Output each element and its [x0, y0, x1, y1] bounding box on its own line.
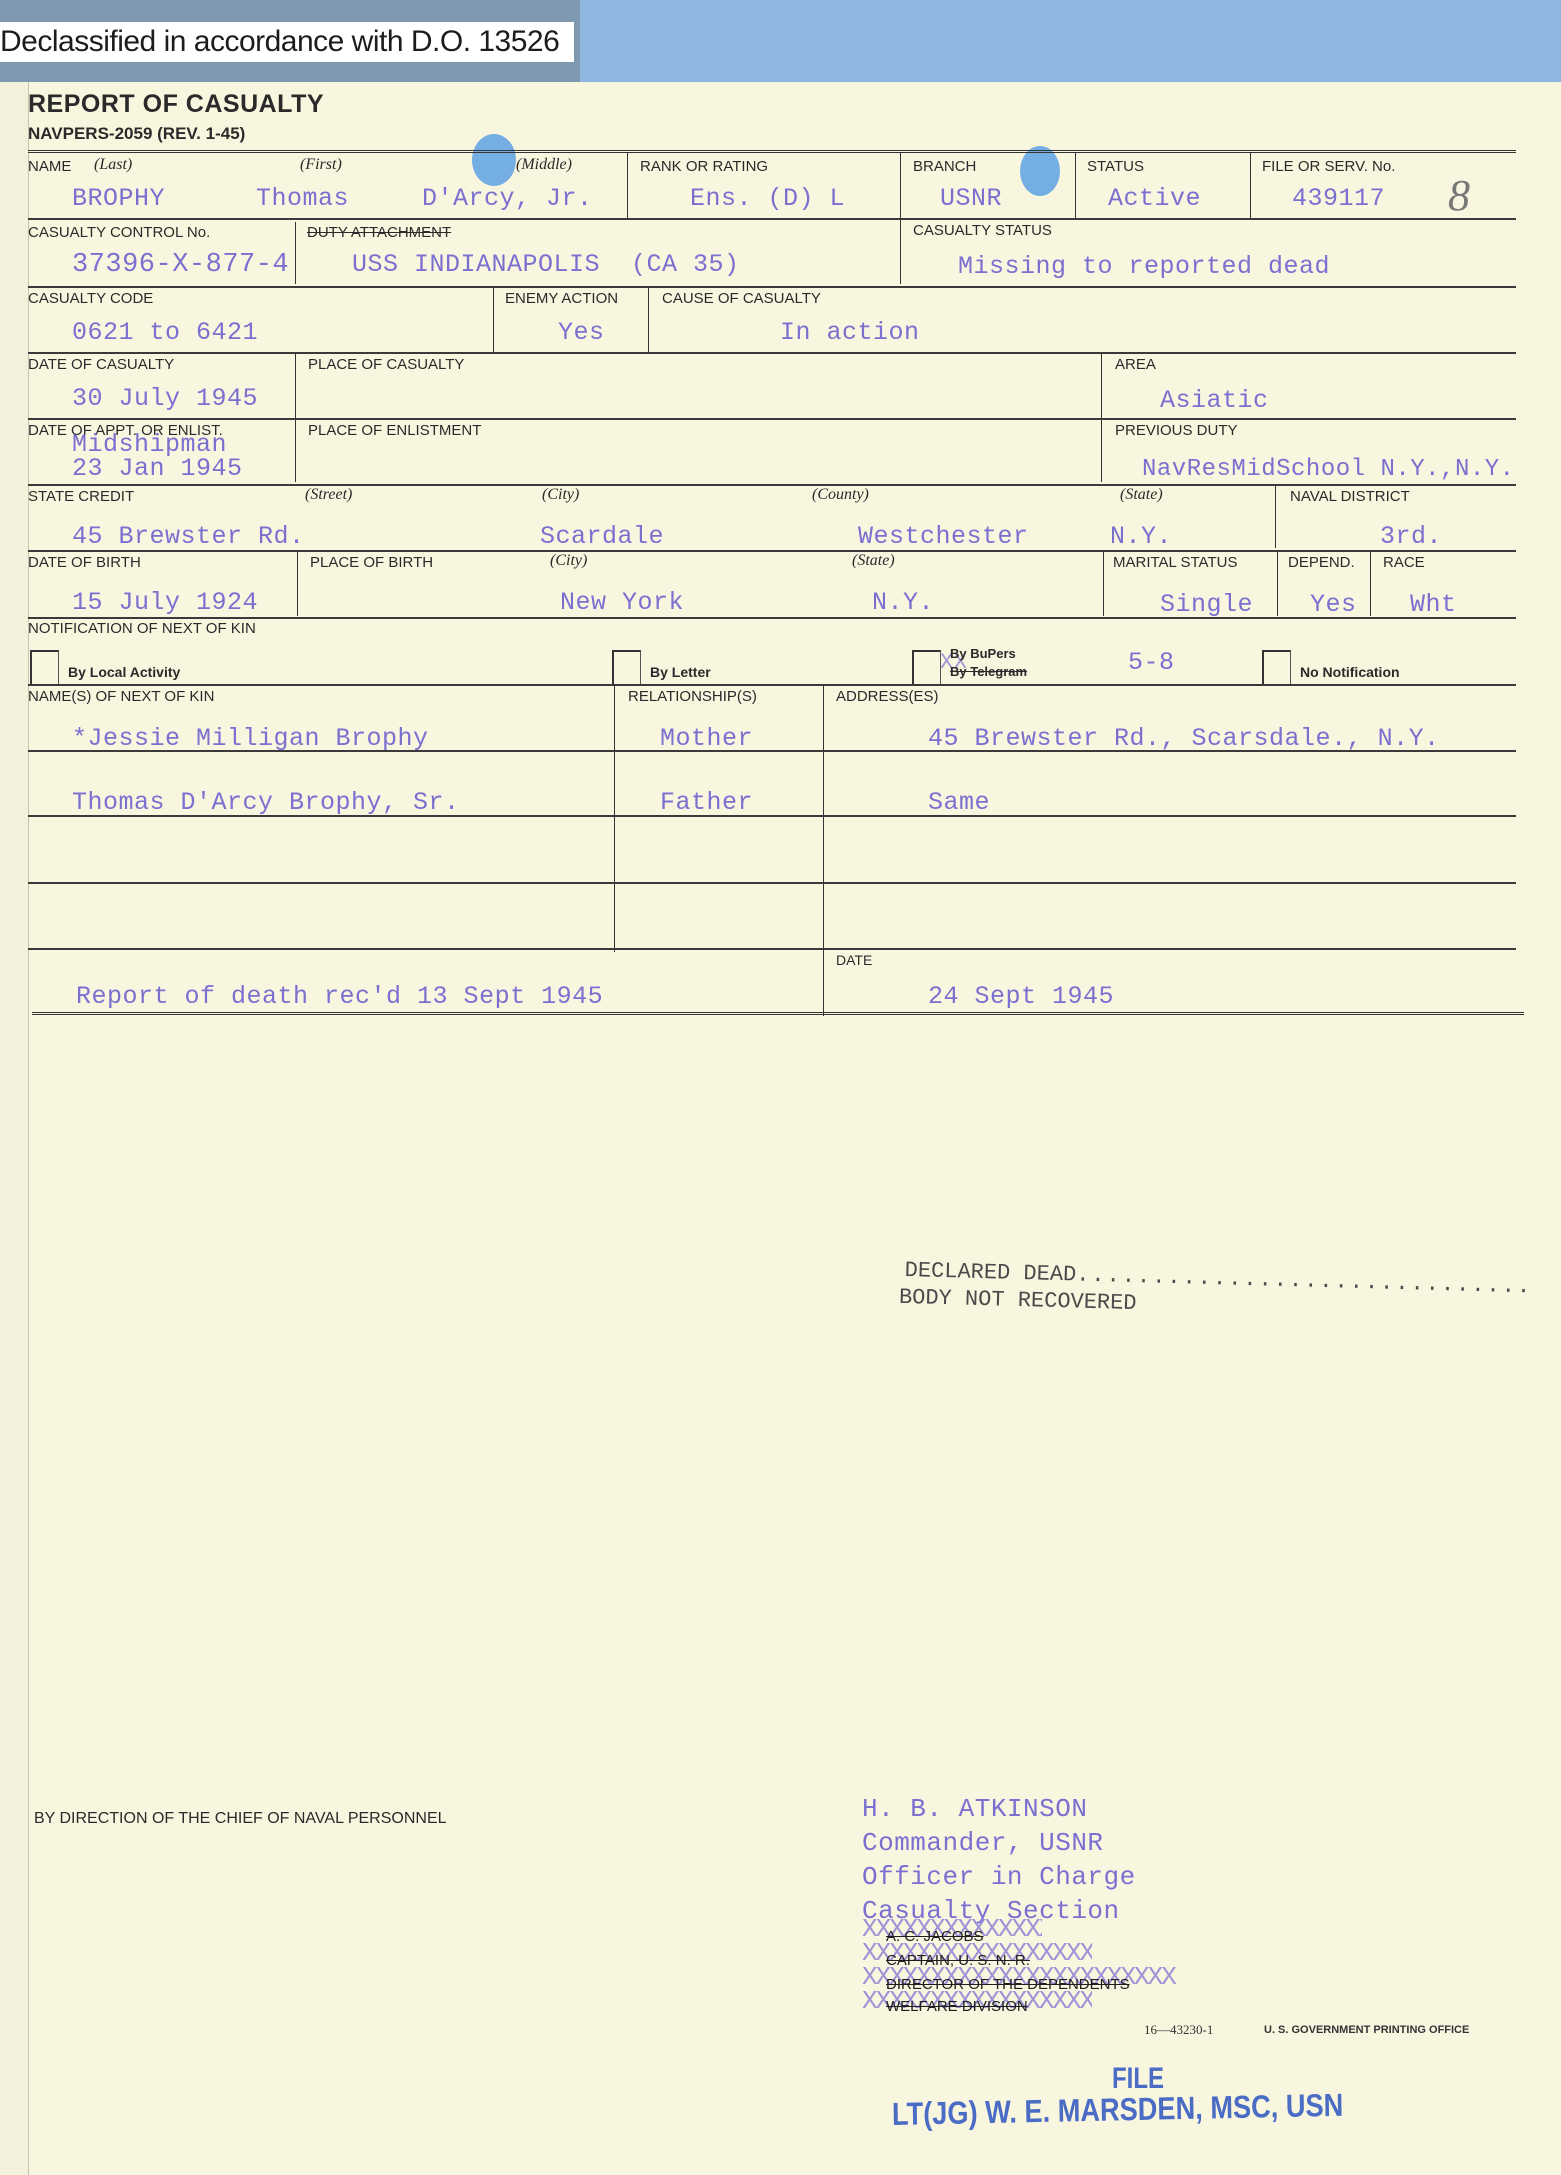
- nok-name: Thomas D'Arcy Brophy, Sr.: [72, 788, 460, 817]
- struck-signature-line: A. C. JACOBS: [886, 1928, 984, 1945]
- label-status: STATUS: [1087, 158, 1144, 175]
- form-title: REPORT OF CASUALTY: [28, 90, 324, 119]
- value-file-no: 439117: [1292, 184, 1385, 213]
- form-number: NAVPERS-2059 (REV. 1-45): [28, 124, 245, 144]
- label-rank: RANK OR RATING: [640, 158, 768, 175]
- value-date-casualty: 30 July 1945: [72, 384, 258, 413]
- divider: [295, 354, 296, 418]
- label-addresses: ADDRESS(ES): [836, 688, 939, 705]
- value-previous-duty: NavResMidSchool N.Y.,N.Y.: [1142, 456, 1515, 483]
- punch-hole-left: [472, 134, 516, 186]
- divider: [900, 152, 901, 218]
- label-county: (County): [812, 486, 869, 504]
- remarks-note: Report of death rec'd 13 Sept 1945: [76, 982, 603, 1011]
- divider: [900, 218, 901, 284]
- label-birth-city: (City): [550, 552, 587, 570]
- value-naval-district: 3rd.: [1380, 522, 1442, 551]
- signature-line: H. B. ATKINSON: [862, 1794, 1087, 1824]
- printer-name: U. S. GOVERNMENT PRINTING OFFICE: [1264, 2024, 1469, 2036]
- nok-address: 45 Brewster Rd., Scarsdale., N.Y.: [928, 724, 1440, 753]
- label-cause: CAUSE OF CASUALTY: [662, 290, 821, 307]
- rule: [28, 352, 1516, 354]
- label-enemy-action: ENEMY ACTION: [505, 290, 618, 307]
- rule: [28, 150, 1516, 156]
- struck-signature-line: WELFARE DIVISION: [886, 1998, 1028, 2015]
- rule: [28, 218, 1516, 220]
- label-nok-names: NAME(S) OF NEXT OF KIN: [28, 688, 214, 705]
- nok-name: *Jessie Milligan Brophy: [72, 724, 429, 753]
- value-cause: In action: [780, 318, 920, 347]
- value-first-name: Thomas: [256, 184, 349, 213]
- label-branch: BRANCH: [913, 158, 976, 175]
- nok-address: Same: [928, 788, 990, 817]
- rule: [28, 286, 1516, 288]
- value-area: Asiatic: [1160, 386, 1269, 415]
- label-area: AREA: [1115, 356, 1156, 373]
- divider: [823, 684, 824, 1016]
- value-marital: Single: [1160, 590, 1253, 619]
- rule: [28, 948, 1516, 950]
- label-relationships: RELATIONSHIP(S): [628, 688, 757, 705]
- checkbox-no-notification: [1262, 650, 1291, 684]
- signature-line: Officer in Charge: [862, 1862, 1136, 1892]
- rule: [28, 484, 1516, 486]
- divider: [648, 288, 649, 352]
- rule: [28, 418, 1516, 420]
- divider: [295, 420, 296, 482]
- label-by-local: By Local Activity: [68, 664, 180, 680]
- label-notification: NOTIFICATION OF NEXT OF KIN: [28, 620, 256, 637]
- struck-signature-line: CAPTAIN, U. S. N. R.: [886, 1952, 1030, 1969]
- label-race: RACE: [1383, 554, 1425, 571]
- label-by-telegram: By Telegram: [950, 664, 1027, 679]
- value-control-no: 37396-X-877-4: [72, 250, 289, 280]
- declassified-label: Declassified in accordance with D.O. 135…: [0, 22, 574, 62]
- divider: [1277, 552, 1278, 616]
- label-control-no: CASUALTY CONTROL No.: [28, 224, 210, 241]
- pencil-mark: 8: [1448, 170, 1470, 221]
- value-branch: USNR: [940, 184, 1002, 213]
- label-first: (First): [300, 156, 342, 174]
- label-by-bupers: By BuPers: [950, 646, 1016, 661]
- value-birth-city: New York: [560, 588, 684, 617]
- value-notification-code: 5-8: [1128, 648, 1175, 677]
- divider: [614, 684, 615, 952]
- divider: [1370, 552, 1371, 616]
- value-last-name: BROPHY: [72, 184, 165, 213]
- label-marital: MARITAL STATUS: [1113, 554, 1237, 571]
- rule: [28, 617, 1516, 619]
- divider: [1075, 152, 1076, 218]
- value-depend: Yes: [1310, 590, 1357, 619]
- divider: [295, 222, 296, 284]
- label-date-casualty: DATE OF CASUALTY: [28, 356, 174, 373]
- nok-relationship: Mother: [660, 724, 753, 753]
- label-file-no: FILE OR SERV. No.: [1262, 158, 1395, 175]
- rule: [28, 550, 1516, 552]
- rule: [28, 815, 1516, 817]
- label-naval-district: NAVAL DISTRICT: [1290, 488, 1410, 505]
- label-state: (State): [1120, 486, 1163, 504]
- checkbox-local-activity: [30, 650, 59, 684]
- divider: [1250, 152, 1251, 218]
- rule: [28, 750, 1516, 752]
- divider: [1101, 420, 1102, 482]
- value-street: 45 Brewster Rd.: [72, 522, 305, 551]
- label-no-notification: No Notification: [1300, 664, 1400, 680]
- label-depend: DEPEND.: [1288, 554, 1355, 571]
- divider: [627, 152, 628, 218]
- value-state: N.Y.: [1110, 522, 1172, 551]
- value-date-appt: 23 Jan 1945: [72, 454, 243, 483]
- divider: [493, 288, 494, 352]
- label-place-casualty: PLACE OF CASUALTY: [308, 356, 464, 373]
- value-dob: 15 July 1924: [72, 588, 258, 617]
- label-duty: DUTY ATTACHMENT: [307, 224, 451, 241]
- label-casualty-status: CASUALTY STATUS: [913, 222, 1052, 239]
- label-street: (Street): [305, 486, 352, 504]
- value-casualty-status: Missing to reported dead: [958, 252, 1330, 281]
- value-duty: USS INDIANAPOLIS (CA 35): [352, 250, 740, 279]
- label-by-letter: By Letter: [650, 664, 711, 680]
- value-enemy-action: Yes: [558, 318, 605, 347]
- by-direction-text: BY DIRECTION OF THE CHIEF OF NAVAL PERSO…: [34, 1810, 447, 1828]
- value-race: Wht: [1410, 590, 1457, 619]
- label-dob: DATE OF BIRTH: [28, 554, 141, 571]
- rule: [28, 684, 1516, 686]
- label-last: (Last): [94, 156, 132, 174]
- label-middle: (Middle): [516, 156, 572, 174]
- label-place-enlist: PLACE OF ENLISTMENT: [308, 422, 481, 439]
- label-previous-duty: PREVIOUS DUTY: [1115, 422, 1238, 439]
- value-status: Active: [1108, 184, 1201, 213]
- value-middle-name: D'Arcy, Jr.: [422, 184, 593, 213]
- nok-relationship: Father: [660, 788, 753, 817]
- divider: [1103, 552, 1104, 616]
- rule: [32, 1012, 1524, 1018]
- struck-signature-line: DIRECTOR OF THE DEPENDENTS: [886, 1976, 1130, 1993]
- checkbox-by-bupers: [912, 650, 941, 684]
- label-name: NAME: [28, 158, 71, 175]
- value-city: Scardale: [540, 522, 664, 551]
- value-birth-state: N.Y.: [872, 588, 934, 617]
- label-pob: PLACE OF BIRTH: [310, 554, 433, 571]
- label-state-credit: STATE CREDIT: [28, 488, 134, 505]
- checkbox-by-letter: [612, 650, 641, 684]
- value-county: Westchester: [858, 522, 1029, 551]
- paper-left-edge: [0, 82, 29, 2175]
- signature-line: Commander, USNR: [862, 1828, 1104, 1858]
- label-birth-state: (State): [852, 552, 895, 570]
- divider: [1101, 354, 1102, 418]
- value-casualty-code: 0621 to 6421: [72, 318, 258, 347]
- rule: [28, 882, 1516, 884]
- print-code: 16—43230-1: [1144, 2022, 1213, 2038]
- label-city: (City): [542, 486, 579, 504]
- value-rank: Ens. (D) L: [690, 184, 845, 213]
- stamp-declared-dead: DECLARED DEAD: [904, 1258, 1076, 1287]
- label-casualty-code: CASUALTY CODE: [28, 290, 153, 307]
- divider: [1275, 486, 1276, 548]
- label-date: DATE: [836, 952, 872, 968]
- divider: [297, 552, 298, 616]
- remarks-date: 24 Sept 1945: [928, 982, 1114, 1011]
